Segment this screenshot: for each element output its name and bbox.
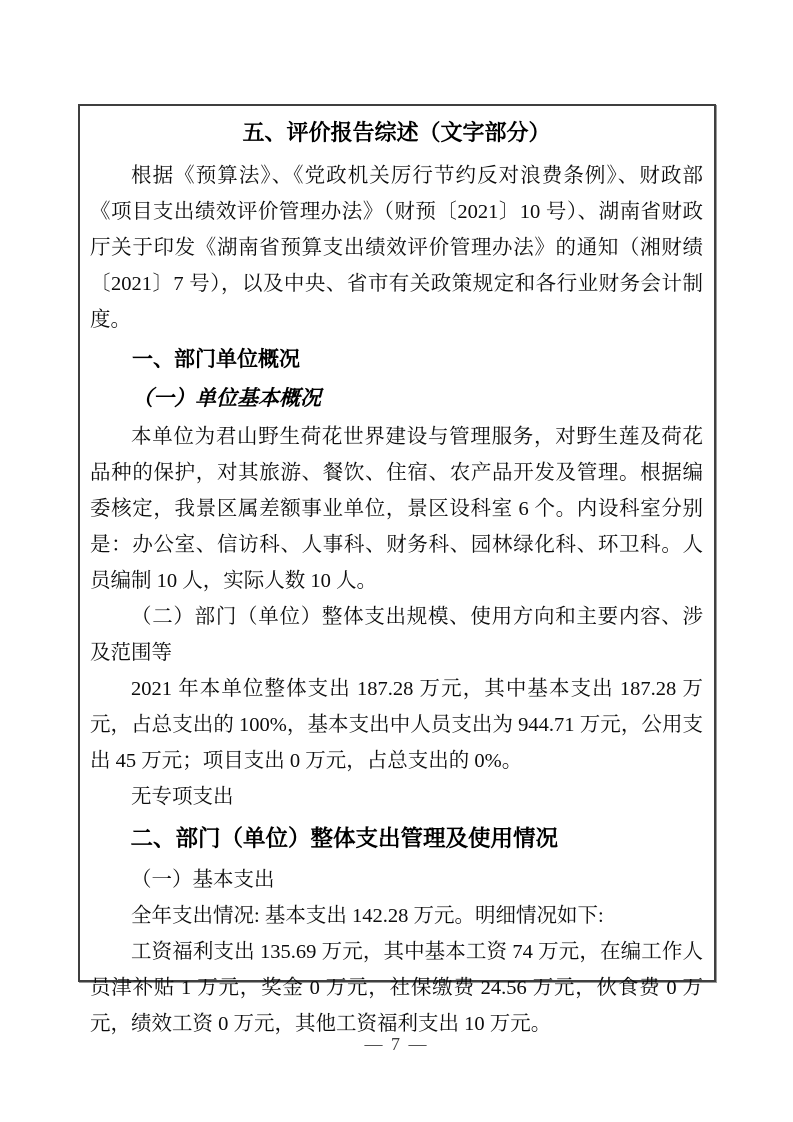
report-border-box: 五、评价报告综述（文字部分） 根据《预算法》、《党政机关厉行节约反对浪费条例》、… (78, 104, 716, 982)
page-number: — 7 — (0, 1034, 793, 1055)
paragraph-legal-basis: 根据《预算法》、《党政机关厉行节约反对浪费条例》、财政部《项目支出绩效评价管理办… (90, 158, 703, 338)
heading-1-2-overall-expenditure-scope: （二）部门（单位）整体支出规模、使用方向和主要内容、涉及范围等 (90, 599, 703, 671)
paragraph-salary-welfare-detail: 工资福利支出 135.69 万元，其中基本工资 74 万元，在编工作人员津补贴 … (90, 934, 703, 1042)
paragraph-annual-expenditure-summary: 全年支出情况: 基本支出 142.28 万元。明细情况如下: (90, 898, 703, 934)
paragraph-unit-description: 本单位为君山野生荷花世界建设与管理服务，对野生莲及荷花品种的保护，对其旅游、餐饮… (90, 419, 703, 599)
paragraph-no-special-expenditure: 无专项支出 (90, 779, 703, 815)
document-page: 五、评价报告综述（文字部分） 根据《预算法》、《党政机关厉行节约反对浪费条例》、… (0, 0, 793, 1122)
paragraph-2021-expenditure-figures: 2021 年本单位整体支出 187.28 万元，其中基本支出 187.28 万元… (90, 671, 703, 779)
report-title: 五、评价报告综述（文字部分） (90, 116, 703, 150)
heading-1-1-basic-overview: （一）单位基本概况 (90, 380, 703, 417)
heading-2-1-basic-expenditure: （一）基本支出 (90, 862, 703, 898)
heading-section-1-unit-overview: 一、部门单位概况 (90, 341, 703, 378)
heading-section-2-expenditure-management: 二、部门（单位）整体支出管理及使用情况 (90, 819, 703, 859)
